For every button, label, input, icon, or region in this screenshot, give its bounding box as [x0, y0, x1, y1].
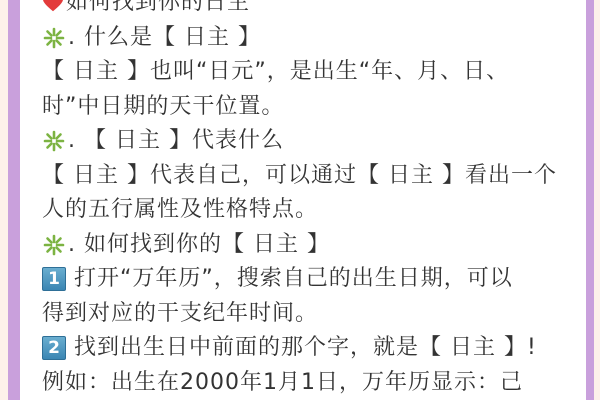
left-frame-border — [8, 0, 20, 400]
section-heading-meaning: . 【 日主 】代表什么 — [42, 124, 582, 159]
section-heading-text: . 什么是【 日主 】 — [68, 21, 261, 56]
article-page: 如何找到你的日主 . 什么是【 日主 】 【 日主 】也叫“日元”，是出生“年、… — [20, 0, 586, 400]
paragraph-text: 时”中日期的天干位置。 — [42, 90, 284, 125]
sparkle-icon — [42, 129, 66, 153]
step-1-line: 1 打开“万年历”，搜索自己的出生日期，可以 — [42, 262, 582, 297]
section-heading-what-is: . 什么是【 日主 】 — [42, 21, 582, 56]
paragraph-text: 【 日主 】也叫“日元”，是出生“年、月、日、 — [42, 55, 509, 90]
paragraph-line: 例如：出生在2000年1月1日，万年历显示：己 — [42, 366, 582, 400]
paragraph-line: 人的五行属性及性格特点。 — [42, 193, 582, 228]
paragraph-line: 【 日主 】也叫“日元”，是出生“年、月、日、 — [42, 55, 582, 90]
paragraph-text: 【 日主 】代表自己，可以通过【 日主 】看出一个 — [42, 159, 557, 194]
section-heading-text: . 【 日主 】代表什么 — [68, 124, 284, 159]
article-content: 如何找到你的日主 . 什么是【 日主 】 【 日主 】也叫“日元”，是出生“年、… — [42, 0, 582, 400]
section-heading-how-to-find: . 如何找到你的【 日主 】 — [42, 228, 582, 263]
number-1-icon: 1 — [42, 267, 66, 291]
paragraph-line: 得到对应的干支纪年时间。 — [42, 297, 582, 332]
right-frame-border — [586, 0, 594, 400]
step-2-line: 2 找到出生日中前面的那个字，就是【 日主 】! — [42, 331, 582, 366]
paragraph-line: 时”中日期的天干位置。 — [42, 90, 582, 125]
paragraph-text: 人的五行属性及性格特点。 — [42, 193, 318, 228]
section-heading-text: . 如何找到你的【 日主 】 — [68, 228, 330, 263]
step-text: 找到出生日中前面的那个字，就是【 日主 】! — [74, 331, 537, 366]
paragraph-line: 【 日主 】代表自己，可以通过【 日主 】看出一个 — [42, 159, 582, 194]
paragraph-text: 例如：出生在2000年1月1日，万年历显示：己 — [42, 366, 523, 400]
title-text: 如何找到你的日主 — [66, 0, 250, 21]
step-text: 打开“万年历”，搜索自己的出生日期，可以 — [74, 262, 513, 297]
heart-icon — [42, 0, 64, 14]
number-2-icon: 2 — [42, 336, 66, 360]
title-line: 如何找到你的日主 — [42, 0, 582, 21]
paragraph-text: 得到对应的干支纪年时间。 — [42, 297, 318, 332]
sparkle-icon — [42, 233, 66, 257]
sparkle-icon — [42, 26, 66, 50]
